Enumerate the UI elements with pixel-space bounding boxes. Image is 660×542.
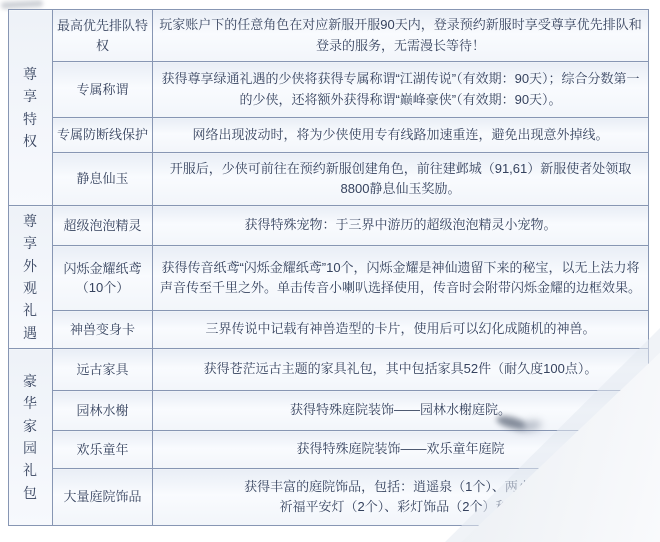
desc-cell: 获得丰富的庭院饰品，包括：逍遥泉（1个）、两小无猜 祈福平安灯（2个）、彩灯饰品… — [153, 469, 649, 526]
desc-cell: 玩家账户下的任意角色在对应新服开服90天内，登录预约新服时享受尊享优先排队和登录… — [153, 10, 649, 62]
desc-cell: 网络出现波动时，将为少侠使用专有线路加速重连，避免出现意外掉线。 — [153, 118, 649, 153]
item-cell: 超级泡泡精灵 — [53, 206, 153, 246]
desc-cell: 获得特殊庭院装饰——欢乐童年庭院 — [153, 431, 649, 469]
item-cell: 最高优先排队特权 — [53, 10, 153, 62]
desc-cell: 获得苍茫远古主题的家具礼包，其中包括家具52件（耐久度100点）。 — [153, 349, 649, 391]
table-row: 豪 华 家 园 礼 包 远古家具 获得苍茫远古主题的家具礼包，其中包括家具52件… — [9, 349, 649, 391]
item-cell: 远古家具 — [53, 349, 153, 391]
rewards-table-page: 尊 享 特 权 最高优先排队特权 玩家账户下的任意角色在对应新服开服90天内，登… — [0, 0, 660, 542]
rewards-table: 尊 享 特 权 最高优先排队特权 玩家账户下的任意角色在对应新服开服90天内，登… — [8, 9, 649, 526]
item-cell: 欢乐童年 — [53, 431, 153, 469]
group-label-privileges: 尊 享 特 权 — [9, 10, 53, 206]
desc-cell: 获得传音纸鸢“闪烁金耀纸鸢”10个，闪烁金耀是神仙遗留下来的秘宝，以无上法力将声… — [153, 246, 649, 311]
item-cell: 专属称谓 — [53, 62, 153, 118]
desc-cell: 三界传说中记载有神兽造型的卡片，使用后可以幻化成随机的神兽。 — [153, 311, 649, 349]
top-left-scan-streak — [1, 0, 43, 9]
table-row: 专属防断线保护 网络出现波动时，将为少侠使用专有线路加速重连，避免出现意外掉线。 — [9, 118, 649, 153]
item-cell: 大量庭院饰品 — [53, 469, 153, 526]
table-row: 神兽变身卡 三界传说中记载有神兽造型的卡片，使用后可以幻化成随机的神兽。 — [9, 311, 649, 349]
table-row: 尊 享 特 权 最高优先排队特权 玩家账户下的任意角色在对应新服开服90天内，登… — [9, 10, 649, 62]
desc-cell: 获得特殊宠物：于三界中游历的超级泡泡精灵小宠物。 — [153, 206, 649, 246]
table-row: 静息仙玉 开服后，少侠可前往在预约新服创建角色，前往建邺城（91,61）新服使者… — [9, 153, 649, 206]
table-row: 园林水榭 获得特殊庭院装饰——园林水榭庭院。 — [9, 391, 649, 431]
desc-cell: 获得特殊庭院装饰——园林水榭庭院。 — [153, 391, 649, 431]
table-row: 欢乐童年 获得特殊庭院装饰——欢乐童年庭院 — [9, 431, 649, 469]
group-label-home: 豪 华 家 园 礼 包 — [9, 349, 53, 526]
table-row: 大量庭院饰品 获得丰富的庭院饰品，包括：逍遥泉（1个）、两小无猜 祈福平安灯（2… — [9, 469, 649, 526]
item-cell: 闪烁金耀纸鸢 （10个） — [53, 246, 153, 311]
table-row: 专属称谓 获得尊享绿通礼遇的少侠将获得专属称谓“江湖传说”（有效期：90天）；综… — [9, 62, 649, 118]
table-row: 尊 享 外 观 礼 遇 超级泡泡精灵 获得特殊宠物：于三界中游历的超级泡泡精灵小… — [9, 206, 649, 246]
desc-cell: 开服后，少侠可前往在预约新服创建角色，前往建邺城（91,61）新服使者处领取88… — [153, 153, 649, 206]
item-cell: 园林水榭 — [53, 391, 153, 431]
group-label-appearance: 尊 享 外 观 礼 遇 — [9, 206, 53, 349]
item-cell: 静息仙玉 — [53, 153, 153, 206]
table-row: 闪烁金耀纸鸢 （10个） 获得传音纸鸢“闪烁金耀纸鸢”10个，闪烁金耀是神仙遗留… — [9, 246, 649, 311]
desc-cell: 获得尊享绿通礼遇的少侠将获得专属称谓“江湖传说”（有效期：90天）；综合分数第一… — [153, 62, 649, 118]
item-cell: 神兽变身卡 — [53, 311, 153, 349]
item-cell: 专属防断线保护 — [53, 118, 153, 153]
